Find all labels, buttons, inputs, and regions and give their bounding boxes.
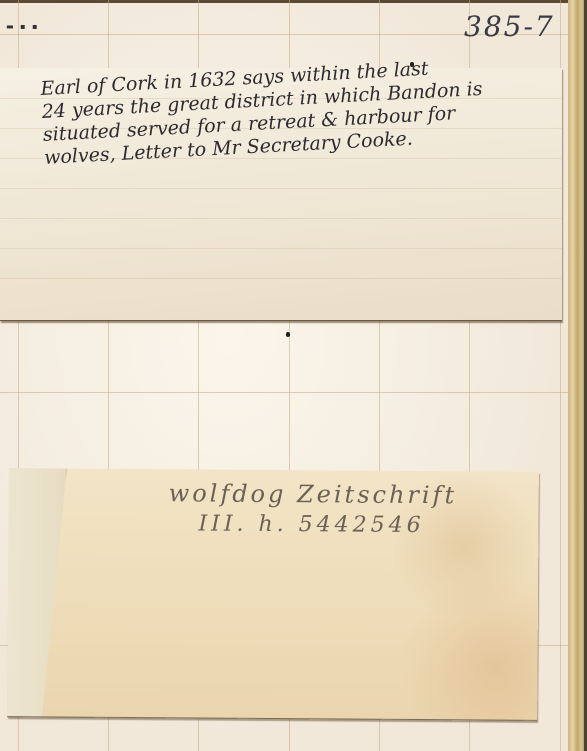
handwritten-note: Earl of Cork in 1632 says within the las… <box>40 51 554 170</box>
upper-newspaper-clipping: Earl of Cork in 1632 says within the las… <box>0 68 562 321</box>
page-number: 385-7 <box>464 10 555 43</box>
scrapbook-page: ▬ ▪ ▪ 385-7 Earl of Cork in 1632 says wi… <box>0 0 570 751</box>
grid-line-horizontal <box>0 392 570 393</box>
reference-citation: III. h. 5442546 <box>198 511 424 538</box>
folded-flap <box>7 468 67 716</box>
pencil-marks: ▬ ▪ ▪ <box>6 22 40 31</box>
lower-paper-clipping: wolfdog Zeitschrift III. h. 5442546 <box>7 468 539 721</box>
reference-title: wolfdog Zeitschrift <box>169 479 458 509</box>
ink-spot <box>286 332 290 337</box>
page-top-edge <box>0 0 570 3</box>
